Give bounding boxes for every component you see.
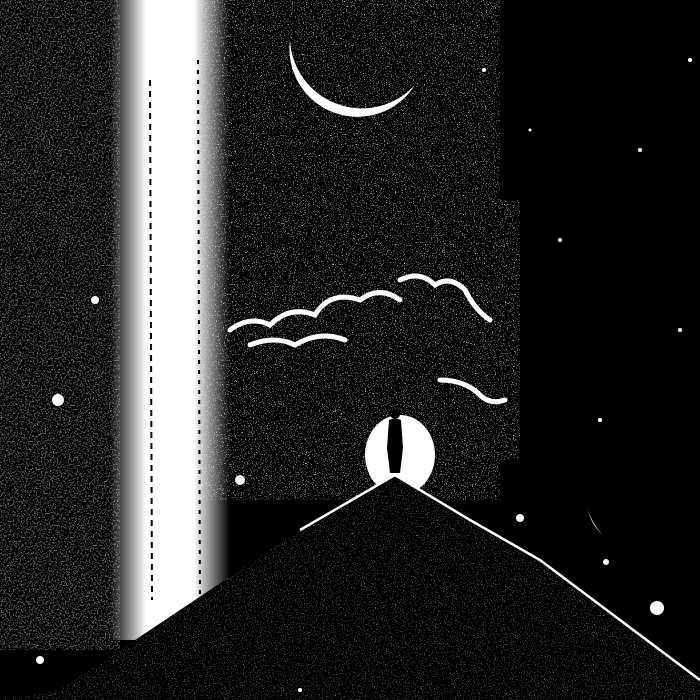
light-beam: [110, 0, 230, 640]
artwork-canvas: [0, 0, 700, 700]
artwork-scene: [0, 0, 700, 700]
